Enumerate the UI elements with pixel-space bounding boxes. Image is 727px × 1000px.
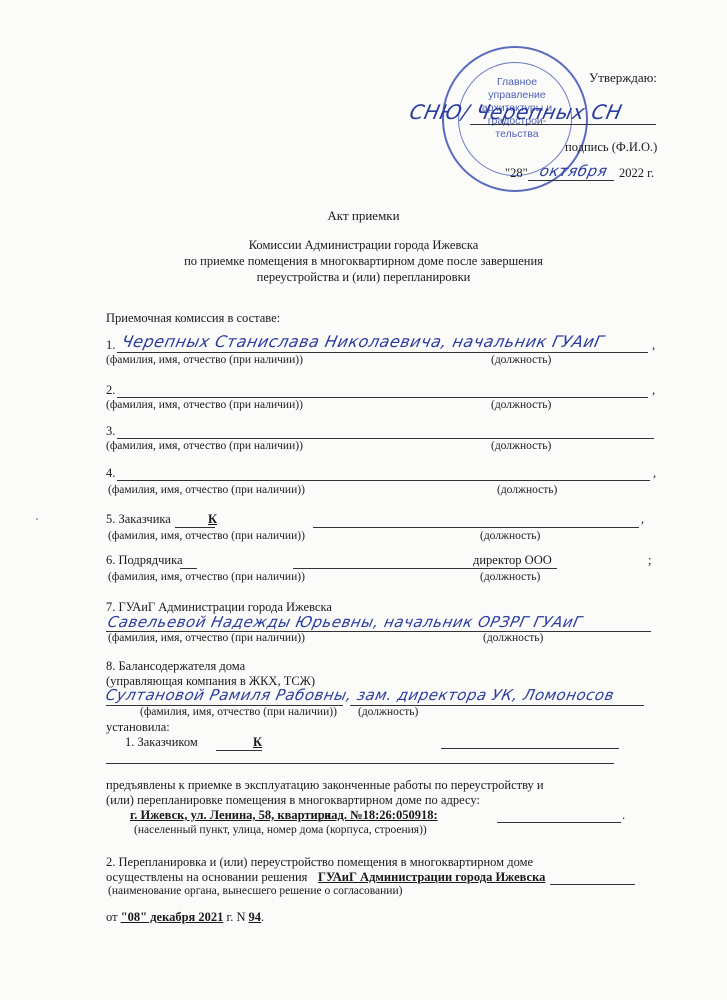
authority-line-extension bbox=[550, 884, 635, 885]
signature-line bbox=[470, 124, 656, 125]
member-3-fio-caption: (фамилия, имя, отчество (при наличии)) bbox=[106, 440, 303, 452]
address-value: г. Ижевск, ул. Ленина, 58, квартира bbox=[116, 808, 331, 823]
established-item1-name-line bbox=[216, 750, 262, 751]
guaig-position-caption: (должность) bbox=[483, 632, 543, 644]
approval-date-day: "28" bbox=[505, 166, 528, 181]
customer-value: К bbox=[208, 512, 217, 527]
document-title: Акт приемки bbox=[0, 208, 727, 224]
established-item1-value: К bbox=[253, 735, 262, 750]
stamp-line: Главное bbox=[444, 76, 590, 89]
title-line-3: переустройства и (или) перепланировки bbox=[0, 270, 727, 285]
customer-label: 5. Заказчика bbox=[106, 512, 171, 527]
holder-handwritten: Султановой Рамиля Рабовны, зам. директор… bbox=[104, 686, 616, 704]
contractor-fio-caption: (фамилия, имя, отчество (при наличии)) bbox=[108, 571, 305, 583]
member-1-line bbox=[117, 352, 648, 353]
address-caption: (населенный пункт, улица, номер дома (ко… bbox=[134, 824, 427, 836]
cadastral-number: , кад. №18:26:050918: bbox=[318, 808, 438, 823]
address-end: . bbox=[622, 808, 625, 823]
member-1-fio-caption: (фамилия, имя, отчество (при наличии)) bbox=[106, 354, 303, 366]
decision-end: . bbox=[261, 910, 264, 924]
holder-label: 8. Балансодержателя дома bbox=[106, 659, 245, 674]
guaig-handwritten: Савельевой Надежды Юрьевны, начальник ОР… bbox=[106, 613, 584, 631]
authority-caption: (наименование органа, вынесшего решение … bbox=[108, 885, 402, 897]
member-2-fio-caption: (фамилия, имя, отчество (при наличии)) bbox=[106, 399, 303, 411]
customer-position-caption: (должность) bbox=[480, 530, 540, 542]
customer-position-line bbox=[313, 527, 639, 528]
holder-position-caption: (должность) bbox=[358, 706, 418, 718]
decision-date: "08" декабря 2021 bbox=[121, 910, 224, 924]
member-3-number: 3. bbox=[106, 424, 115, 439]
g-n-label: г. N bbox=[227, 910, 246, 924]
member-2-number: 2. bbox=[106, 383, 115, 398]
scan-speck bbox=[36, 518, 38, 520]
member-4-fio-caption: (фамилия, имя, отчество (при наличии)) bbox=[108, 484, 305, 496]
date-line bbox=[528, 180, 614, 181]
address-extra-line bbox=[497, 822, 621, 823]
holder-fio-caption: (фамилия, имя, отчество (при наличии)) bbox=[140, 706, 337, 718]
presented-line-2: (или) перепланировке помещения в многокв… bbox=[106, 793, 480, 808]
approval-signature: СНЮ/ Черепных СН bbox=[407, 100, 624, 124]
established-label: установила: bbox=[106, 720, 170, 735]
approval-date-month: октября bbox=[538, 162, 609, 180]
member-4-line bbox=[117, 480, 650, 481]
item2-line-1: 2. Перепланировка и (или) переустройство… bbox=[106, 855, 533, 870]
member-4-end: , bbox=[653, 466, 656, 481]
item2-line-2-prefix: осуществлены на основании решения bbox=[106, 870, 307, 885]
member-1-number: 1. bbox=[106, 338, 115, 353]
member-4-number: 4. bbox=[106, 466, 115, 481]
title-line-1: Комиссии Администрации города Ижевска bbox=[0, 238, 727, 253]
approval-date-year: 2022 г. bbox=[619, 166, 654, 181]
decision-authority: ГУАиГ Администрации города Ижевска bbox=[318, 870, 545, 885]
guaig-fio-caption: (фамилия, имя, отчество (при наличии)) bbox=[108, 632, 305, 644]
member-2-end: , bbox=[652, 383, 655, 398]
title-line-2: по приемке помещения в многоквартирном д… bbox=[0, 254, 727, 269]
contractor-label: 6. Подрядчика bbox=[106, 553, 183, 568]
member-4-position-caption: (должность) bbox=[497, 484, 557, 496]
decision-date-row: от "08" декабря 2021 г. N94. bbox=[106, 910, 264, 925]
established-item1-right-line bbox=[441, 748, 619, 749]
from-label: от bbox=[106, 910, 118, 924]
presented-line-1: предъявлены к приемке в эксплуатацию зак… bbox=[106, 778, 544, 793]
signature-caption: подпись (Ф.И.О.) bbox=[565, 140, 657, 155]
customer-name-line bbox=[175, 527, 215, 528]
member-1-end: , bbox=[652, 338, 655, 353]
customer-fio-caption: (фамилия, имя, отчество (при наличии)) bbox=[108, 530, 305, 542]
contractor-position-caption: (должность) bbox=[480, 571, 540, 583]
member-3-line bbox=[117, 438, 654, 439]
customer-end: , bbox=[641, 512, 644, 527]
member-2-position-caption: (должность) bbox=[491, 399, 551, 411]
contractor-end: ; bbox=[648, 553, 651, 568]
decision-number: 94 bbox=[249, 910, 262, 924]
member-3-position-caption: (должность) bbox=[491, 440, 551, 452]
member-2-line bbox=[117, 397, 648, 398]
established-item1-full-line bbox=[106, 763, 614, 764]
member-1-position-caption: (должность) bbox=[491, 354, 551, 366]
contractor-position: директор ООО bbox=[473, 553, 552, 568]
approve-label: Утверждаю: bbox=[589, 70, 657, 86]
contractor-position-line bbox=[293, 568, 557, 569]
established-item1-label: 1. Заказчиком bbox=[125, 735, 198, 750]
commission-intro: Приемочная комиссия в составе: bbox=[106, 311, 280, 326]
contractor-name-line bbox=[180, 568, 197, 569]
member-1-handwritten: Черепных Станислава Николаевича, начальн… bbox=[120, 332, 606, 351]
